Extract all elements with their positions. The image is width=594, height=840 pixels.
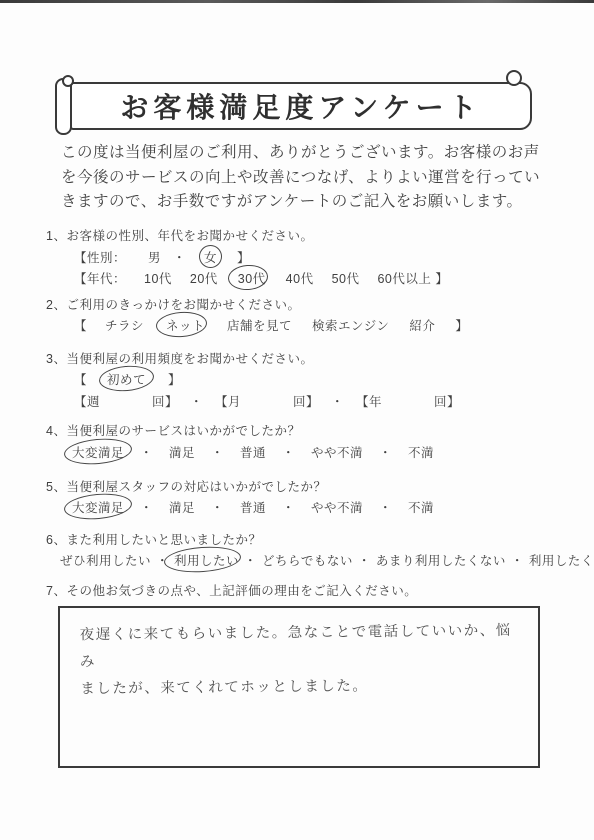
q2-option-referral[interactable]: 紹介 [409,319,435,333]
q6-label: 6、また利用したいと思いましたか？ [46,530,261,548]
option-separator: ・ [282,501,295,515]
page-title: お客様満足度アンケート [120,86,481,126]
q7-label: 7、その他お気づきの点や、上記評価の理由をご記入ください。 [46,581,417,599]
q2-label: 2、ご利用のきっかけをお聞かせください。 [46,295,300,313]
q1-age-option-40s[interactable]: 40代 [286,272,314,286]
option-separator: ・ [211,446,224,460]
q4-option-somewhat-dissatisfied[interactable]: やや不満 [311,446,363,460]
q1-age-option-10s[interactable]: 10代 [144,272,172,286]
q3-label: 3、当便利屋の利用頻度をお聞かせください。 [46,349,313,367]
q5-option-dissatisfied[interactable]: 不満 [408,501,434,515]
q6-option-want-to-use-selected[interactable]: 利用したい [174,551,239,569]
q5-option-very-satisfied-selected[interactable]: 大変満足 [72,498,124,516]
q1-age-bracket-close: 】 [435,272,448,286]
q2-option-internet-selected[interactable]: ネット [166,316,205,334]
scan-artifact-top-edge [0,0,594,3]
q2-options-row: 【 チラシ ネット 店舗を見て 検索エンジン 紹介 】 [74,316,468,334]
intro-line: この度は当便利屋のご利用、ありがとうございます。お客様のお声 [61,141,543,166]
option-separator: ・ [156,554,169,568]
option-separator: ・ [140,446,153,460]
q3-bracket-close: 】 [168,373,181,387]
intro-paragraph: この度は当便利屋のご利用、ありがとうございます。お客様のお声 を今後のサービスの… [61,141,543,215]
q1-gender-bracket-close: 】 [237,251,250,265]
q1-gender-row: 【性別： 男 ・ 女 】 [74,248,250,266]
q1-age-option-50s[interactable]: 50代 [332,272,360,286]
title-banner-box: お客様満足度アンケート [70,82,532,130]
q2-option-saw-store[interactable]: 店舗を見て [227,319,292,333]
q4-option-dissatisfied[interactable]: 不満 [408,446,434,460]
option-separator: ・ [358,554,371,568]
option-separator: ・ [190,395,203,409]
title-banner: お客様満足度アンケート [55,68,532,134]
option-separator: ・ [379,446,392,460]
q6-options-row: ぜひ利用したい ・ 利用したい ・ どちらでもない ・ あまり利用したくない ・… [60,551,594,569]
q3-bracket-open: 【 [74,373,87,387]
handwritten-comment-line: ましたが、来てくれてホッとしました。 [80,672,520,704]
q1-age-bracket-open: 【年代： [74,272,126,286]
q5-option-somewhat-dissatisfied[interactable]: やや不満 [311,501,363,515]
q6-option-neither[interactable]: どちらでもない [262,554,353,568]
q1-age-row: 【年代： 10代 20代 30代 40代 50代 60代以上 】 [74,269,448,287]
q1-label: 1、お客様の性別、年代をお聞かせください。 [46,226,313,244]
handwritten-comment: 夜遅くに来てもらいました。急なことで電話していいか、悩み ましたが、来てくれてホ… [80,618,521,704]
q1-gender-option-male[interactable]: 男 [148,251,161,265]
q1-gender-option-female-selected[interactable]: 女 [204,248,217,266]
q5-option-satisfied[interactable]: 満足 [169,501,195,515]
q4-option-satisfied[interactable]: 満足 [169,446,195,460]
q3-year-bracket-close: 回】 [434,395,460,409]
scroll-roll-icon [55,78,72,135]
q7-comments-box[interactable]: 夜遅くに来てもらいました。急なことで電話していいか、悩み ましたが、来てくれてホ… [58,606,540,768]
q6-option-rather-not-use[interactable]: あまり利用したくない [376,554,506,568]
option-separator: ・ [282,446,295,460]
q2-option-flyer[interactable]: チラシ [105,319,144,333]
survey-page: お客様満足度アンケート この度は当便利屋のご利用、ありがとうございます。お客様の… [0,0,594,840]
q1-age-option-60s-plus[interactable]: 60代以上 [377,272,431,286]
q3-first-time-row: 【 初めて 】 [74,370,181,388]
q2-bracket-close: 】 [455,319,468,333]
intro-line: きますので、お手数ですがアンケートのご記入をお願いします。 [61,190,543,215]
handwritten-comment-line: 夜遅くに来てもらいました。急なことで電話していいか、悩み [80,618,521,677]
q1-gender-bracket-open: 【性別： [74,251,126,265]
q4-option-neutral[interactable]: 普通 [240,446,266,460]
q6-option-definitely-use-again[interactable]: ぜひ利用したい [60,554,151,568]
option-separator: ・ [244,554,257,568]
q3-month-bracket-open: 【月 [215,395,241,409]
q3-year-bracket-open: 【年 [356,395,382,409]
option-separator: ・ [331,395,344,409]
q2-bracket-open: 【 [74,319,87,333]
q4-option-very-satisfied-selected[interactable]: 大変満足 [72,443,124,461]
q5-label: 5、当便利屋スタッフの対応はいかがでしたか？ [46,477,326,495]
q5-options-row: 大変満足 ・ 満足 ・ 普通 ・ やや不満 ・ 不満 [72,498,434,516]
option-separator: ・ [140,501,153,515]
scroll-curl-icon [506,70,522,86]
option-separator: ・ [173,251,186,265]
q3-week-bracket-close: 回】 [152,395,178,409]
q1-age-option-20s[interactable]: 20代 [190,272,218,286]
q3-option-first-time-selected[interactable]: 初めて [107,370,146,388]
intro-line: を今後のサービスの向上や改善につなげ、よりよい運営を行ってい [61,166,543,191]
q6-option-do-not-want-to-use[interactable]: 利用したくない [529,554,594,568]
q2-option-search-engine[interactable]: 検索エンジン [312,319,389,333]
q4-label: 4、当便利屋のサービスはいかがでしたか？ [46,421,300,439]
q1-age-option-30s-selected[interactable]: 30代 [238,269,266,287]
q4-options-row: 大変満足 ・ 満足 ・ 普通 ・ やや不満 ・ 不満 [72,443,434,461]
option-separator: ・ [511,554,524,568]
option-separator: ・ [211,501,224,515]
q3-month-bracket-close: 回】 [293,395,319,409]
q5-option-neutral[interactable]: 普通 [240,501,266,515]
q3-frequency-row: 【週 回】 ・ 【月 回】 ・ 【年 回】 [74,392,460,410]
q3-week-bracket-open: 【週 [74,395,100,409]
option-separator: ・ [379,501,392,515]
